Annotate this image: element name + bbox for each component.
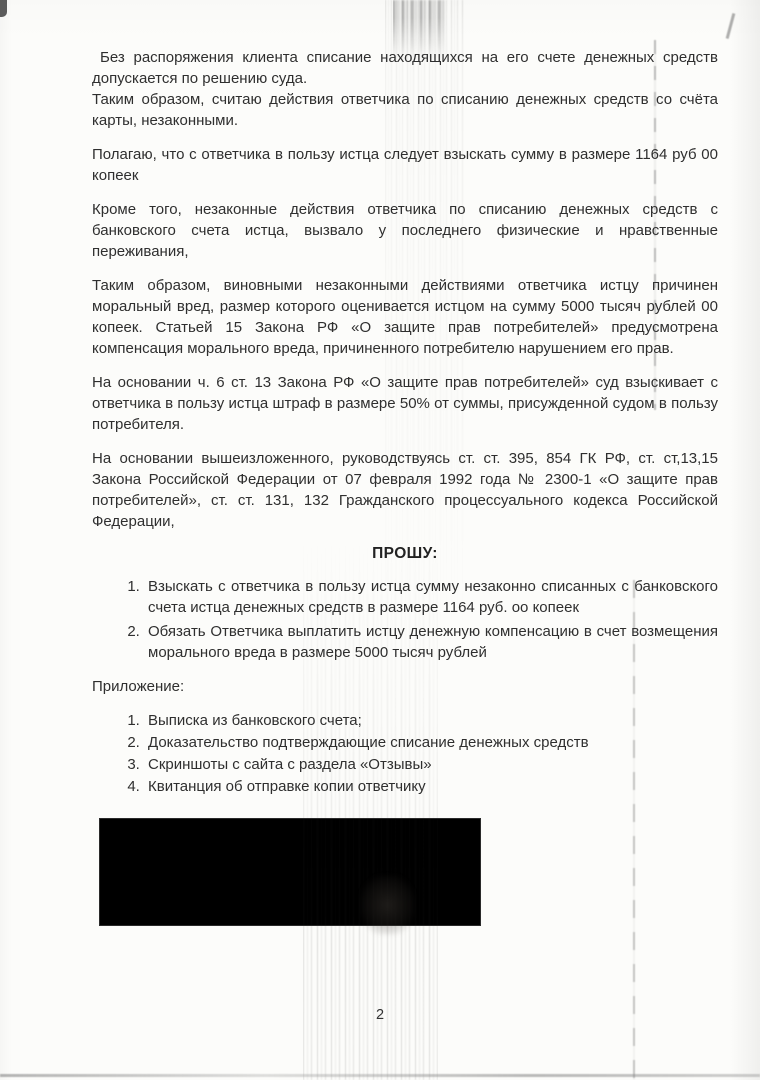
paragraph-actions-illegal: Таким образом, считаю действия ответчика… [92,89,718,131]
attachment-item: Квитанция об отправке копии ответчику [144,776,718,797]
document-body: Без распоряжения клиента списание находя… [92,47,718,925]
request-item: Взыскать с ответчика в пользу истца сумм… [144,576,718,618]
paragraph-legal-basis: На основании вышеизложенного, руководств… [92,448,718,532]
paragraph-claim-amount: Полагаю, что с ответчика в пользу истца … [92,144,718,186]
page-number: 2 [376,1007,384,1023]
scan-corner-top-left-artifact [0,0,7,17]
scan-bottom-edge-artifact [0,1074,760,1077]
attachment-item: Скриншоты с сайта с раздела «Отзывы» [144,754,718,775]
request-item: Обязать Ответчика выплатить истцу денежн… [144,621,718,663]
paragraph-no-court-order: Без распоряжения клиента списание находя… [92,47,718,89]
scan-corner-top-right-artifact [726,13,736,39]
scanned-document-page: Без распоряжения клиента списание находя… [0,0,760,1080]
requests-list: Взыскать с ответчика в пользу истца сумм… [92,576,718,663]
redaction-box [100,819,480,925]
paragraph-fine-50-percent: На основании ч. 6 ст. 13 Закона РФ «О за… [92,372,718,435]
paragraph-moral-suffering: Кроме того, незаконные действия ответчик… [92,199,718,262]
attachments-label: Приложение: [92,676,718,697]
attachment-item: Выписка из банковского счета; [144,710,718,731]
attachments-list: Выписка из банковского счета; Доказатель… [92,710,718,797]
paragraph-moral-damage-amount: Таким образом, виновными незаконными дей… [92,275,718,359]
attachment-item: Доказательство подтверждающие списание д… [144,732,718,753]
request-heading: ПРОШУ: [92,543,718,564]
